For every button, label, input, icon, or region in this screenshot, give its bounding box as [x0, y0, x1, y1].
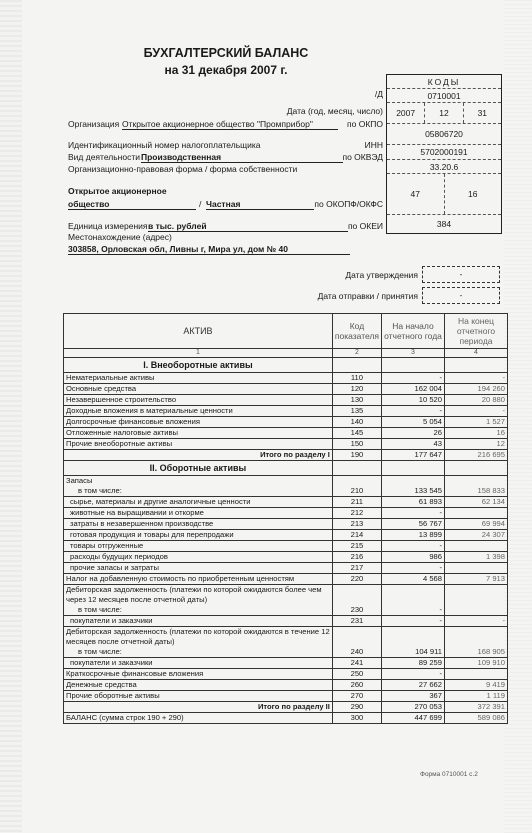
row-start-value: 177 647	[382, 450, 445, 461]
row-start-value: -	[382, 406, 445, 417]
date-label: Дата (год, месяц, число)	[220, 106, 383, 116]
date-day: 31	[464, 103, 501, 123]
row-code: 140	[332, 417, 381, 428]
table-row: Денежные средства26027 6629 419	[64, 680, 508, 691]
row-start-value: -	[382, 508, 445, 519]
row-name: Незавершенное строительство	[66, 395, 176, 404]
total-row: Итого по разделу I190177 647216 695	[64, 450, 508, 461]
section-row: I. Внеоборотные активы	[64, 358, 508, 373]
row-label: расходы будущих периодов	[64, 552, 333, 563]
section-row: II. Оборотные активы	[64, 461, 508, 476]
row-name: Долгосрочные финансовые вложения	[66, 417, 200, 426]
row-code: 211	[332, 497, 381, 508]
empty-cell	[382, 358, 445, 373]
row-code: 110	[332, 373, 381, 384]
row-label: покупатели и заказчики	[64, 658, 333, 669]
row-start-value: -	[382, 616, 445, 627]
row-start-value: 4 568	[382, 574, 445, 585]
row-end-value: 69 994	[445, 519, 508, 530]
row-label: Основные средства	[64, 384, 333, 395]
row-end-value: 62 134	[445, 497, 508, 508]
row-label: товары отгруженные	[64, 541, 333, 552]
row-name: Прочие оборотные активы	[66, 691, 160, 700]
row-end-value: 194 260	[445, 384, 508, 395]
address-value: 303858, Орловская обл, Ливны г, Мира ул,…	[68, 244, 350, 255]
row-end-value: 24 307	[445, 530, 508, 541]
row-name: Доходные вложения в материальные ценност…	[66, 406, 233, 415]
scan-edge-left	[0, 0, 22, 833]
row-start-value: -	[382, 563, 445, 574]
table-row: Долгосрочные финансовые вложения1405 054…	[64, 417, 508, 428]
row-start-value: 5 054	[382, 417, 445, 428]
row-code: 270	[332, 691, 381, 702]
row-name: покупатели и заказчики	[70, 616, 153, 625]
row-name: Основные средства	[66, 384, 136, 393]
sending-date-label: Дата отправки / принятия	[260, 291, 418, 301]
row-name: Краткосрочные финансовые вложения	[66, 669, 203, 678]
okved-label: по ОКВЭД	[330, 152, 383, 162]
row-start-value: 27 662	[382, 680, 445, 691]
row-name: расходы будущих периодов	[70, 552, 168, 561]
activity-value: Производственная	[141, 152, 343, 163]
row-end-value: 158 833	[445, 476, 508, 497]
form-code: 0710001	[387, 89, 501, 103]
row-code: 150	[332, 439, 381, 450]
okpo-code: 05806720	[387, 124, 501, 145]
row-end-value: 109 910	[445, 658, 508, 669]
row-end-value: 589 086	[445, 713, 508, 724]
row-name: товары отгруженные	[70, 541, 143, 550]
row-start-value: 43	[382, 439, 445, 450]
form-footer: Форма 0710001 с.2	[420, 771, 478, 778]
row-name: Прочие внеоборотные активы	[66, 439, 172, 448]
okopf-code: 47	[387, 174, 445, 214]
table-row: Запасыв том числе:210133 545158 833	[64, 476, 508, 497]
row-code: 260	[332, 680, 381, 691]
total-row: БАЛАНС (сумма строк 190 + 290)300447 699…	[64, 713, 508, 724]
row-start-value: 162 004	[382, 384, 445, 395]
table-row: прочие запасы и затраты217-	[64, 563, 508, 574]
row-end-value: 216 695	[445, 450, 508, 461]
row-start-value: 26	[382, 428, 445, 439]
row-end-value: 16	[445, 428, 508, 439]
sending-date-value: -	[422, 287, 500, 304]
col-header-start: На начало отчетного года	[382, 314, 445, 349]
okved-code: 33.20.6	[387, 160, 501, 174]
scan-edge-right	[504, 0, 532, 833]
row-name: покупатели и заказчики	[70, 658, 153, 667]
section-title: I. Внеоборотные активы	[64, 358, 333, 373]
row-end-value: 1 119	[445, 691, 508, 702]
row-start-value: 986	[382, 552, 445, 563]
approval-date-value: -	[422, 266, 500, 283]
document-title: БУХГАЛТЕРСКИЙ БАЛАНС	[0, 46, 492, 60]
col-number: 2	[332, 349, 381, 358]
row-code: 231	[332, 616, 381, 627]
table-row: затраты в незавершенном производстве2135…	[64, 519, 508, 530]
row-name: прочие запасы и затраты	[70, 563, 159, 572]
row-end-value	[445, 669, 508, 680]
row-label: Отложенные налоговые активы	[64, 428, 333, 439]
ownership-value: Частная	[206, 199, 314, 210]
row-code: 216	[332, 552, 381, 563]
row-label: готовая продукция и товары для перепрода…	[64, 530, 333, 541]
approval-date-label: Дата утверждения	[260, 270, 418, 280]
row-label: прочие запасы и затраты	[64, 563, 333, 574]
row-name: Отложенные налоговые активы	[66, 428, 178, 437]
row-end-value	[445, 541, 508, 552]
row-start-value: -	[382, 585, 445, 616]
row-start-value: 13 899	[382, 530, 445, 541]
col-number: 1	[64, 349, 333, 358]
row-start-value: 56 767	[382, 519, 445, 530]
row-end-value	[445, 563, 508, 574]
row-label: Налог на добавленную стоимость по приобр…	[64, 574, 333, 585]
empty-cell	[332, 358, 381, 373]
okei-code: 384	[387, 215, 501, 233]
row-end-value: 1 527	[445, 417, 508, 428]
row-end-value: 168 905	[445, 627, 508, 658]
row-code: 240	[332, 627, 381, 658]
inn-text: Идентификационный номер налогоплательщик…	[68, 140, 261, 150]
row-name: сырье, материалы и другие аналогичные це…	[70, 497, 250, 506]
table-row: Незавершенное строительство13010 52020 8…	[64, 395, 508, 406]
col-numbers-row: 1 2 3 4	[64, 349, 508, 358]
table-row: сырье, материалы и другие аналогичные це…	[64, 497, 508, 508]
row-name: Итого по разделу I	[260, 450, 330, 459]
row-end-value: 20 880	[445, 395, 508, 406]
row-name: готовая продукция и товары для перепрода…	[70, 530, 234, 539]
okfs-code: 16	[445, 174, 502, 214]
row-start-value: 133 545	[382, 476, 445, 497]
row-start-value: 10 520	[382, 395, 445, 406]
row-end-value	[445, 508, 508, 519]
section-title: II. Оборотные активы	[64, 461, 333, 476]
row-sublabel: в том числе:	[66, 647, 330, 657]
codes-box: КОДЫ 0710001 2007 12 31 05806720 5702000…	[386, 74, 502, 234]
table-row: Основные средства120162 004194 260	[64, 384, 508, 395]
row-code: 300	[332, 713, 381, 724]
row-end-value: -	[445, 616, 508, 627]
row-end-value: -	[445, 406, 508, 417]
row-name: БАЛАНС (сумма строк 190 + 290)	[66, 713, 184, 722]
row-label: Прочие оборотные активы	[64, 691, 333, 702]
col-header-active: АКТИВ	[64, 314, 333, 349]
row-code: 190	[332, 450, 381, 461]
table-row: Нематериальные активы110--	[64, 373, 508, 384]
row-start-value: 89 259	[382, 658, 445, 669]
table-row: Прочие внеоборотные активы1504312	[64, 439, 508, 450]
row-code: 212	[332, 508, 381, 519]
row-label: затраты в незавершенном производстве	[64, 519, 333, 530]
okei-label: по ОКЕИ	[340, 221, 383, 231]
row-label: Нематериальные активы	[64, 373, 333, 384]
row-code: 135	[332, 406, 381, 417]
activity-label: Вид деятельности	[68, 152, 140, 162]
table-row: Дебиторская задолженность (платежи по ко…	[64, 585, 508, 616]
org-name: Открытое акционерное общество "Промприбо…	[122, 119, 338, 130]
unit-value: в тыс. рублей	[148, 221, 348, 232]
okpo-label: по ОКПО	[340, 119, 383, 129]
row-code: 290	[332, 702, 381, 713]
col-header-code: Код показателя	[332, 314, 381, 349]
row-name: Налог на добавленную стоимость по приобр…	[66, 574, 294, 583]
row-label: Дебиторская задолженность (платежи по ко…	[64, 585, 333, 616]
row-label: Доходные вложения в материальные ценност…	[64, 406, 333, 417]
row-name: Дебиторская задолженность (платежи по ко…	[66, 627, 330, 646]
table-row: Налог на добавленную стоимость по приобр…	[64, 574, 508, 585]
table-row: покупатели и заказчики231--	[64, 616, 508, 627]
empty-cell	[332, 461, 381, 476]
balance-table: АКТИВ Код показателя На начало отчетного…	[63, 313, 508, 724]
row-label: Денежные средства	[64, 680, 333, 691]
row-code: 145	[332, 428, 381, 439]
row-code: 120	[332, 384, 381, 395]
row-name: Денежные средства	[66, 680, 137, 689]
row-start-value: 61 893	[382, 497, 445, 508]
col-number: 4	[445, 349, 508, 358]
table-row: Доходные вложения в материальные ценност…	[64, 406, 508, 417]
table-row: готовая продукция и товары для перепрода…	[64, 530, 508, 541]
address-label: Местонахождение (адрес)	[68, 232, 172, 242]
row-code: 215	[332, 541, 381, 552]
row-end-value: 1 398	[445, 552, 508, 563]
date-year: 2007	[387, 103, 425, 123]
row-start-value: -	[382, 541, 445, 552]
row-end-value: 12	[445, 439, 508, 450]
row-code: 241	[332, 658, 381, 669]
row-label: Дебиторская задолженность (платежи по ко…	[64, 627, 333, 658]
row-label: Краткосрочные финансовые вложения	[64, 669, 333, 680]
row-end-value: 372 391	[445, 702, 508, 713]
date-month: 12	[425, 103, 463, 123]
row-label: Итого по разделу I	[64, 450, 333, 461]
empty-cell	[445, 461, 508, 476]
form-okud-label: /Д	[320, 89, 383, 99]
row-start-value: -	[382, 373, 445, 384]
legal-form-separator: /	[199, 199, 201, 209]
row-label: сырье, материалы и другие аналогичные це…	[64, 497, 333, 508]
row-code: 130	[332, 395, 381, 406]
col-header-end: На конец отчетного периода	[445, 314, 508, 349]
col-number: 3	[382, 349, 445, 358]
row-label: Запасыв том числе:	[64, 476, 333, 497]
row-label: Долгосрочные финансовые вложения	[64, 417, 333, 428]
table-row: животные на выращивании и откорме212-	[64, 508, 508, 519]
legal-form-line1: Открытое акционерное	[68, 186, 167, 196]
row-label: Незавершенное строительство	[64, 395, 333, 406]
table-row: расходы будущих периодов2169861 398	[64, 552, 508, 563]
row-start-value: -	[382, 669, 445, 680]
row-name: Итого по разделу II	[258, 702, 330, 711]
total-row: Итого по разделу II290270 053372 391	[64, 702, 508, 713]
row-label: Прочие внеоборотные активы	[64, 439, 333, 450]
row-code: 250	[332, 669, 381, 680]
inn-label: ИНН	[340, 140, 383, 150]
row-name: Запасы	[66, 476, 92, 485]
codes-header: КОДЫ	[387, 75, 501, 89]
table-row: Прочие оборотные активы2703671 119	[64, 691, 508, 702]
table-row: Дебиторская задолженность (платежи по ко…	[64, 627, 508, 658]
okopf-label: по ОКОПФ/ОКФС	[310, 199, 383, 209]
table-row: Отложенные налоговые активы1452616	[64, 428, 508, 439]
empty-cell	[445, 358, 508, 373]
row-end-value: 9 419	[445, 680, 508, 691]
row-code: 217	[332, 563, 381, 574]
row-end-value	[445, 585, 508, 616]
table-row: покупатели и заказчики24189 259109 910	[64, 658, 508, 669]
row-label: животные на выращивании и откорме	[64, 508, 333, 519]
row-label: БАЛАНС (сумма строк 190 + 290)	[64, 713, 333, 724]
row-label: Итого по разделу II	[64, 702, 333, 713]
row-start-value: 104 911	[382, 627, 445, 658]
row-start-value: 447 699	[382, 713, 445, 724]
row-label: покупатели и заказчики	[64, 616, 333, 627]
row-name: Нематериальные активы	[66, 373, 155, 382]
empty-cell	[382, 461, 445, 476]
row-code: 230	[332, 585, 381, 616]
row-start-value: 270 053	[382, 702, 445, 713]
table-row: Краткосрочные финансовые вложения250-	[64, 669, 508, 680]
row-end-value: 7 913	[445, 574, 508, 585]
row-code: 213	[332, 519, 381, 530]
row-code: 220	[332, 574, 381, 585]
org-label: Организация	[68, 119, 119, 129]
row-sublabel: в том числе:	[66, 486, 330, 496]
row-code: 214	[332, 530, 381, 541]
row-name: затраты в незавершенном производстве	[70, 519, 213, 528]
legal-form-line2: общество	[68, 199, 196, 210]
row-start-value: 367	[382, 691, 445, 702]
row-name: Дебиторская задолженность (платежи по ко…	[66, 585, 322, 604]
row-code: 210	[332, 476, 381, 497]
row-name: животные на выращивании и откорме	[70, 508, 204, 517]
unit-label: Единица измерения	[68, 221, 148, 231]
table-row: товары отгруженные215-	[64, 541, 508, 552]
row-end-value: -	[445, 373, 508, 384]
row-sublabel: в том числе:	[66, 605, 330, 615]
inn-code: 5702000191	[387, 145, 501, 160]
legal-form-label: Организационно-правовая форма / форма со…	[68, 164, 297, 174]
